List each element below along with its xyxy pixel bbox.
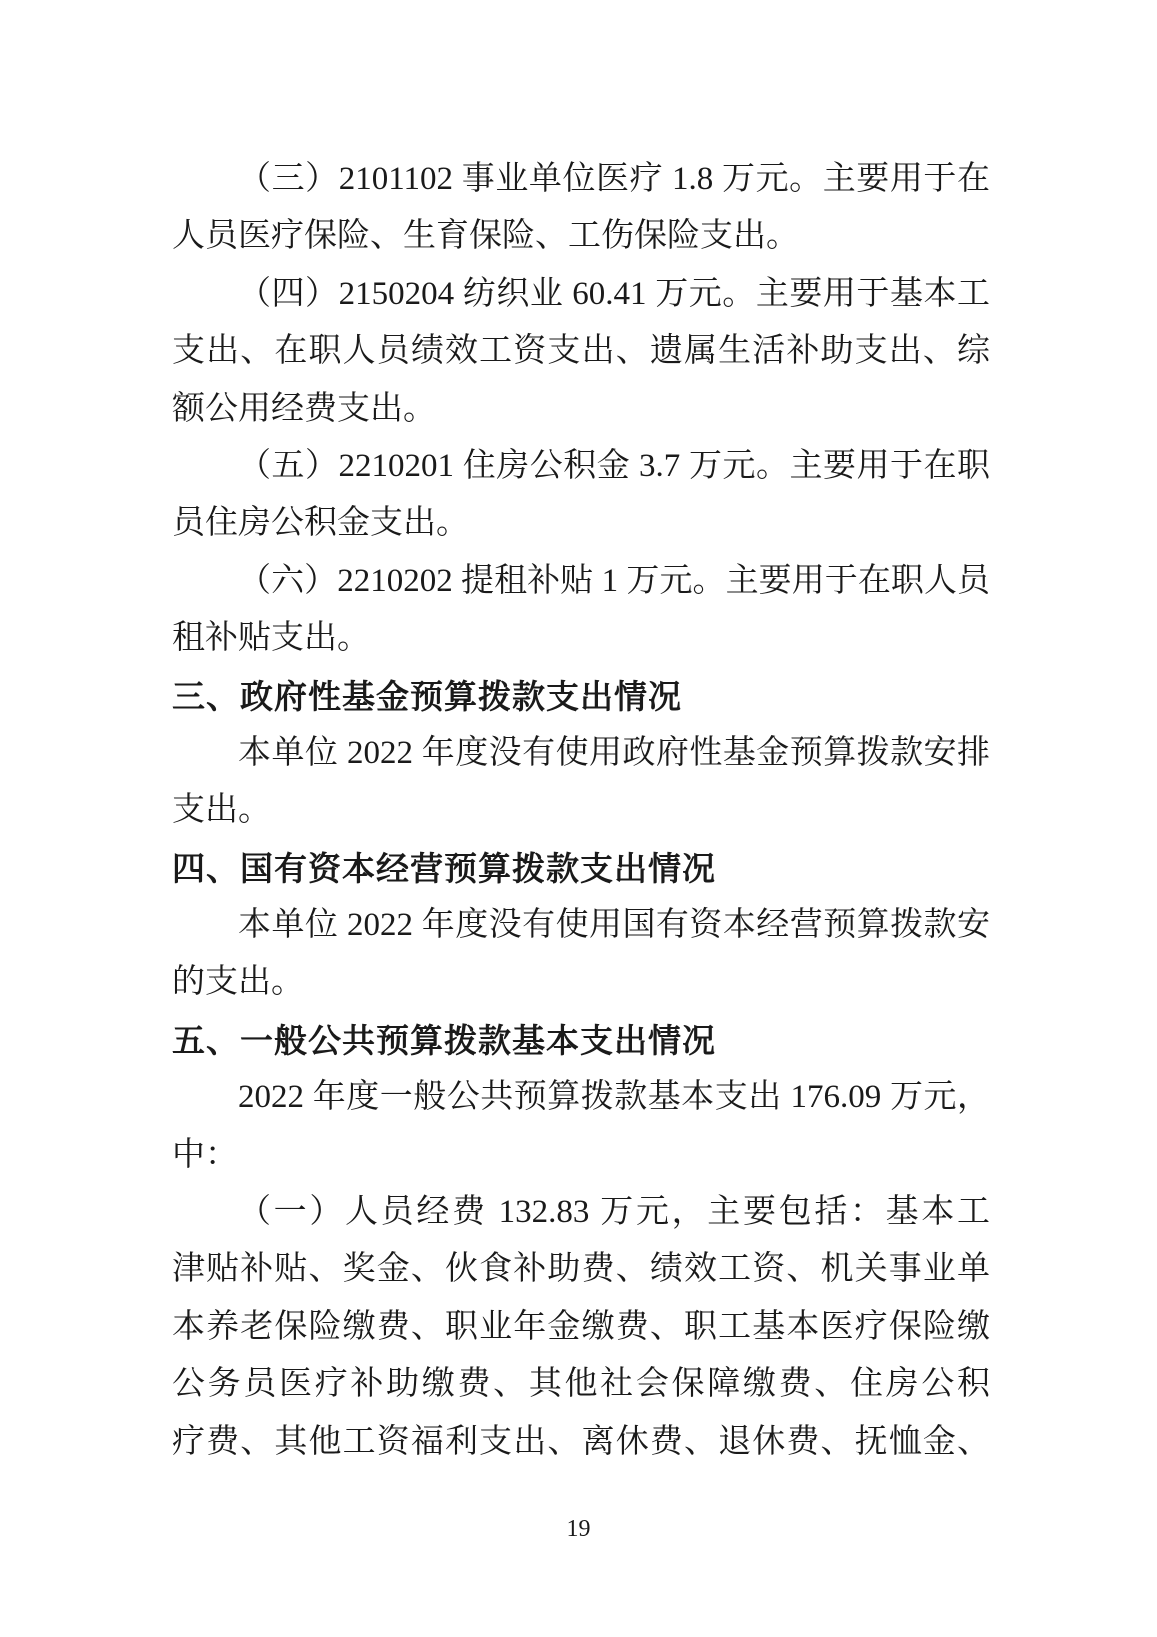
text-line: 中： [172,1127,990,1184]
text-line: 员住房公积金支出。 [172,495,990,552]
paragraph: （一）人员经费 132.83 万元，主要包括：基本工资、津贴补贴、奖金、伙食补助… [172,1184,990,1471]
paragraph: 2022 年度一般公共预算拨款基本支出 176.09 万元，其中： [172,1069,990,1184]
text-line: 的支出。 [172,954,990,1011]
text-line: 疗费、其他工资福利支出、离休费、退休费、抚恤金、生活 [172,1414,990,1471]
text-line: 五、一般公共预算拨款基本支出情况 [172,1012,990,1069]
text-line: 额公用经费支出。 [172,381,990,438]
text-line: 本单位 2022 年度没有使用政府性基金预算拨款安排的 [172,725,990,782]
document-page: （三）2101102 事业单位医疗 1.8 万元。主要用于在职人员医疗保险、生育… [0,0,1157,1637]
section-heading: 四、国有资本经营预算拨款支出情况 [172,840,990,897]
text-line: 四、国有资本经营预算拨款支出情况 [172,840,990,897]
section-heading: 三、政府性基金预算拨款支出情况 [172,668,990,725]
paragraph: 本单位 2022 年度没有使用国有资本经营预算拨款安排的支出。 [172,897,990,1012]
text-line: （一）人员经费 132.83 万元，主要包括：基本工资、 [172,1184,990,1241]
text-line: 津贴补贴、奖金、伙食补助费、绩效工资、机关事业单位基 [172,1241,990,1298]
paragraph: （六）2210202 提租补贴 1 万元。主要用于在职人员提租补贴支出。 [172,553,990,668]
text-line: 支出、在职人员绩效工资支出、遗属生活补助支出、综合定 [172,323,990,380]
text-line: （四）2150204 纺织业 60.41 万元。主要用于基本工资 [172,266,990,323]
text-line: 2022 年度一般公共预算拨款基本支出 176.09 万元，其 [172,1069,990,1126]
text-line: 人员医疗保险、生育保险、工伤保险支出。 [172,208,990,265]
text-line: 公务员医疗补助缴费、其他社会保障缴费、住房公积金、医 [172,1356,990,1413]
page-number: 19 [0,1514,1157,1544]
text-line: （六）2210202 提租补贴 1 万元。主要用于在职人员提 [172,553,990,610]
text-line: 租补贴支出。 [172,610,990,667]
paragraph: 本单位 2022 年度没有使用政府性基金预算拨款安排的支出。 [172,725,990,840]
text-line: 三、政府性基金预算拨款支出情况 [172,668,990,725]
text-line: （三）2101102 事业单位医疗 1.8 万元。主要用于在职 [172,151,990,208]
paragraph: （四）2150204 纺织业 60.41 万元。主要用于基本工资支出、在职人员绩… [172,266,990,438]
text-line: （五）2210201 住房公积金 3.7 万元。主要用于在职人 [172,438,990,495]
text-line: 支出。 [172,782,990,839]
text-line: 本单位 2022 年度没有使用国有资本经营预算拨款安排 [172,897,990,954]
document-body: （三）2101102 事业单位医疗 1.8 万元。主要用于在职人员医疗保险、生育… [172,151,990,1471]
section-heading: 五、一般公共预算拨款基本支出情况 [172,1012,990,1069]
text-line: 本养老保险缴费、职业年金缴费、职工基本医疗保险缴费、 [172,1299,990,1356]
paragraph: （三）2101102 事业单位医疗 1.8 万元。主要用于在职人员医疗保险、生育… [172,151,990,266]
paragraph: （五）2210201 住房公积金 3.7 万元。主要用于在职人员住房公积金支出。 [172,438,990,553]
